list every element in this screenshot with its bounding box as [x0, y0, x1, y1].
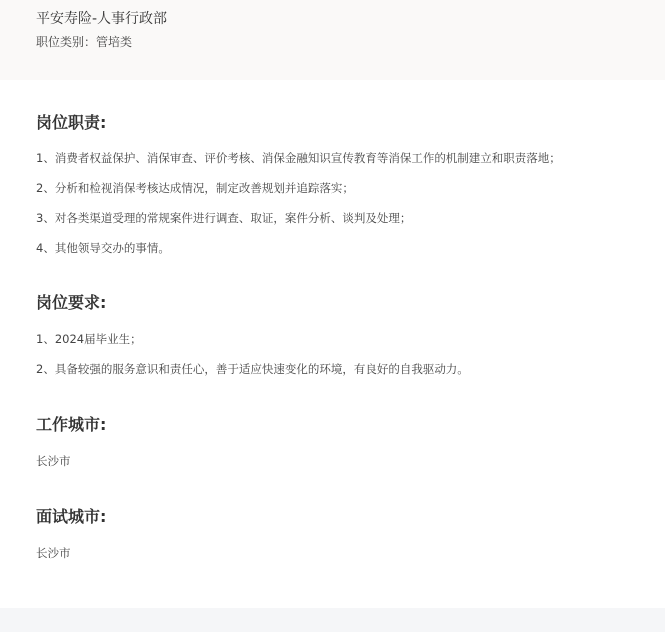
section-title-requirements: 岗位要求: — [36, 292, 106, 314]
section-title-work-city: 工作城市: — [36, 414, 106, 436]
responsibility-item: 3、对各类渠道受理的常规案件进行调查、取证，案件分析、谈判及处理； — [36, 209, 411, 227]
section-title-interview-city: 面试城市: — [36, 506, 106, 528]
section-title-responsibilities: 岗位职责: — [36, 112, 106, 134]
responsibility-item: 4、其他领导交办的事情。 — [36, 239, 170, 257]
work-city-value: 长沙市 — [36, 452, 71, 470]
responsibility-item: 1、消费者权益保护、消保审查、评价考核、消保金融知识宣传教育等消保工作的机制建立… — [36, 149, 561, 167]
job-category-value: 管培类 — [96, 35, 132, 49]
job-header: 平安寿险-人事行政部 职位类别：管培类 — [0, 0, 665, 80]
job-category-label: 职位类别： — [36, 35, 96, 49]
interview-city-value: 长沙市 — [36, 544, 71, 562]
requirement-item: 1、2024届毕业生； — [36, 330, 142, 348]
job-category: 职位类别：管培类 — [36, 33, 132, 51]
requirement-item: 2、具备较强的服务意识和责任心，善于适应快速变化的环境，有良好的自我驱动力。 — [36, 360, 469, 378]
responsibility-item: 2、分析和检视消保考核达成情况，制定改善规划并追踪落实； — [36, 179, 354, 197]
company-department: 平安寿险-人事行政部 — [36, 9, 167, 29]
footer-band — [0, 608, 665, 632]
